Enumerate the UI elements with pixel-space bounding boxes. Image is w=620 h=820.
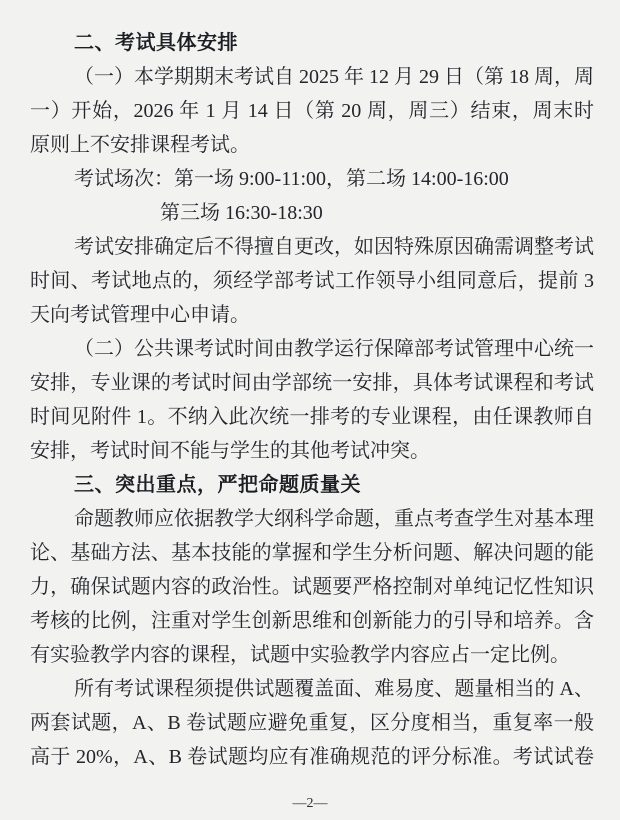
text-line: 安排，专业课的考试时间由学部统一安排，具体考试课程和考试	[30, 366, 594, 400]
text-line: 时间、考试地点的，须经学部考试工作领导小组同意后，提前 3	[30, 264, 594, 298]
page-number: —2—	[0, 796, 620, 812]
text-line: 力，确保试题内容的政治性。试题要严格控制对单纯记忆性知识	[30, 570, 594, 604]
text-line: 原则上不安排课程考试。	[30, 128, 594, 162]
text-line: 论、基础方法、基本技能的掌握和学生分析问题、解决问题的能	[30, 536, 594, 570]
text-line: 安排，考试时间不能与学生的其他考试冲突。	[30, 434, 594, 468]
text-line: 所有考试课程须提供试题覆盖面、难易度、题量相当的 A、B	[30, 672, 594, 706]
document-page: 二、考试具体安排 （一）本学期期末考试自 2025 年 12 月 29 日（第 …	[0, 0, 620, 820]
text-line: 考试场次：第一场 9:00-11:00，第二场 14:00-16:00	[30, 162, 594, 196]
text-line: 一）开始，2026 年 1 月 14 日（第 20 周，周三）结束，周末时间	[30, 94, 594, 128]
text-line: （一）本学期期末考试自 2025 年 12 月 29 日（第 18 周，周	[30, 60, 594, 94]
text-line: 天向考试管理中心申请。	[30, 298, 594, 332]
section-heading: 二、考试具体安排	[30, 26, 594, 60]
text-line: 考试安排确定后不得擅自更改，如因特殊原因确需调整考试	[30, 230, 594, 264]
text-line: 考核的比例，注重对学生创新思维和创新能力的引导和培养。含	[30, 604, 594, 638]
text-line: 第三场 16:30-18:30	[30, 196, 594, 230]
text-line: 高于 20%，A、B 卷试题均应有准确规范的评分标准。考试试卷与	[30, 740, 594, 774]
document-body: 二、考试具体安排 （一）本学期期末考试自 2025 年 12 月 29 日（第 …	[30, 26, 594, 774]
text-line: 两套试题，A、B 卷试题应避免重复，区分度相当，重复率一般不	[30, 706, 594, 740]
text-line: 有实验教学内容的课程，试题中实验教学内容应占一定比例。	[30, 638, 594, 672]
text-line: （二）公共课考试时间由教学运行保障部考试管理中心统一	[30, 332, 594, 366]
text-line: 命题教师应依据教学大纲科学命题，重点考查学生对基本理	[30, 502, 594, 536]
text-line: 时间见附件 1。不纳入此次统一排考的专业课程，由任课教师自主	[30, 400, 594, 434]
section-heading: 三、突出重点，严把命题质量关	[30, 468, 594, 502]
